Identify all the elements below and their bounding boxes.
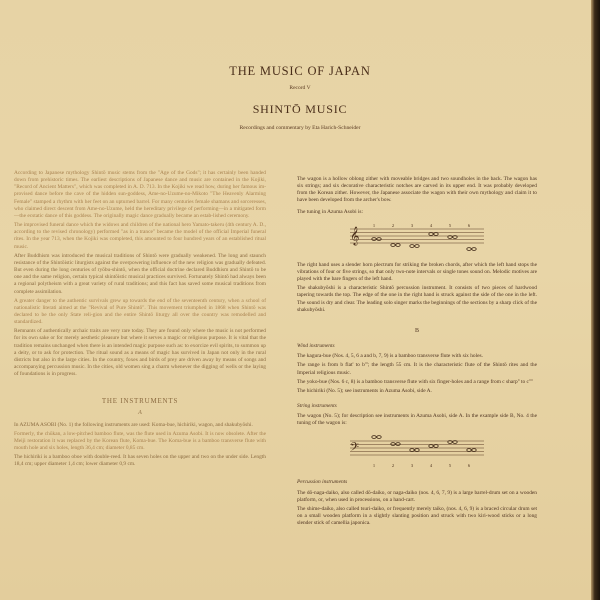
- wind-paragraph-4: The hichiriki (No. 5); see instruments i…: [297, 388, 537, 395]
- svg-text:3: 3: [411, 463, 414, 468]
- wind-paragraph-2: The range is from b flat' to b'''; the l…: [297, 362, 537, 376]
- svg-text:4: 4: [430, 223, 433, 228]
- intro-paragraph-2: The improvised funeral dance which the w…: [14, 222, 266, 251]
- svg-text:5: 5: [449, 463, 452, 468]
- wagon-paragraph: The wagon is a hollow oblong zither with…: [297, 176, 537, 205]
- svg-text:3: 3: [411, 223, 414, 228]
- svg-text:𝄞: 𝄞: [350, 226, 359, 246]
- right-hand-paragraph: The right hand uses a slender horn plect…: [297, 262, 537, 283]
- svg-text:1: 1: [373, 463, 375, 468]
- string-instruments-heading: String instruments: [297, 403, 537, 410]
- svg-text:2: 2: [392, 223, 394, 228]
- section-title: SHINTŌ MUSIC: [0, 102, 600, 117]
- string-paragraph: The wagon (No. 5); for description see i…: [297, 413, 537, 427]
- instruments-paragraph-2: Formerly, the chūkan, a low-pitched bamb…: [14, 431, 266, 452]
- intro-paragraph-3: After Buddhism was introduced the musica…: [14, 253, 266, 296]
- percussion-paragraph-2: The shime-daiko, also called tsuri-daiko…: [297, 506, 537, 527]
- svg-text:6: 6: [468, 463, 471, 468]
- left-column: According to Japanese mythology Shintō m…: [14, 170, 266, 471]
- wind-paragraph-3: The yoko-bue (Nos. 6 c, 8) is a bamboo t…: [297, 379, 537, 386]
- shakubyoshi-paragraph: The shakubyōshi is a characteristic Shin…: [297, 285, 537, 314]
- svg-text:1: 1: [373, 223, 375, 228]
- right-column: The wagon is a hollow oblong zither with…: [297, 176, 537, 529]
- svg-text:5: 5: [449, 223, 452, 228]
- intro-paragraph-4: A greater danger to the authentic surviv…: [14, 298, 266, 327]
- wind-instruments-heading: Wind instruments: [297, 343, 537, 350]
- credits-line: Recordings and commentary by Eta Harich-…: [0, 125, 600, 131]
- percussion-instruments-heading: Percussion instruments: [297, 479, 537, 486]
- intro-paragraph-1: According to Japanese mythology Shintō m…: [14, 170, 266, 220]
- instruments-paragraph-3: The hichiriki is a bamboo oboe with doub…: [14, 454, 266, 468]
- svg-text:2: 2: [392, 463, 394, 468]
- record-number: Record V: [0, 85, 600, 91]
- percussion-paragraph-1: The dō-naga-daiko, also called dō-daiko,…: [297, 490, 537, 504]
- bass-staff-notation-icon: 𝄢123456: [342, 431, 492, 471]
- treble-staff-notation-icon: 𝄞123456: [342, 220, 492, 254]
- instruments-heading: THE INSTRUMENTS: [14, 398, 266, 405]
- tuning-intro-1: The tuning in Azuma Asobi is:: [297, 209, 537, 216]
- svg-text:𝄢: 𝄢: [350, 441, 359, 457]
- svg-text:4: 4: [430, 463, 433, 468]
- section-b-label: B: [297, 328, 537, 335]
- album-title: THE MUSIC OF JAPAN: [0, 64, 600, 79]
- instruments-paragraph-1: In AZUMA ASOBI (No. 1) the following ins…: [14, 422, 266, 429]
- section-a-label: A: [14, 410, 266, 417]
- svg-text:6: 6: [468, 223, 471, 228]
- intro-paragraph-5: Remnants of authentically archaic traits…: [14, 328, 266, 378]
- wind-paragraph-1: The kagura-bue (Nos. 4, 5, 6 a and b, 7,…: [297, 353, 537, 360]
